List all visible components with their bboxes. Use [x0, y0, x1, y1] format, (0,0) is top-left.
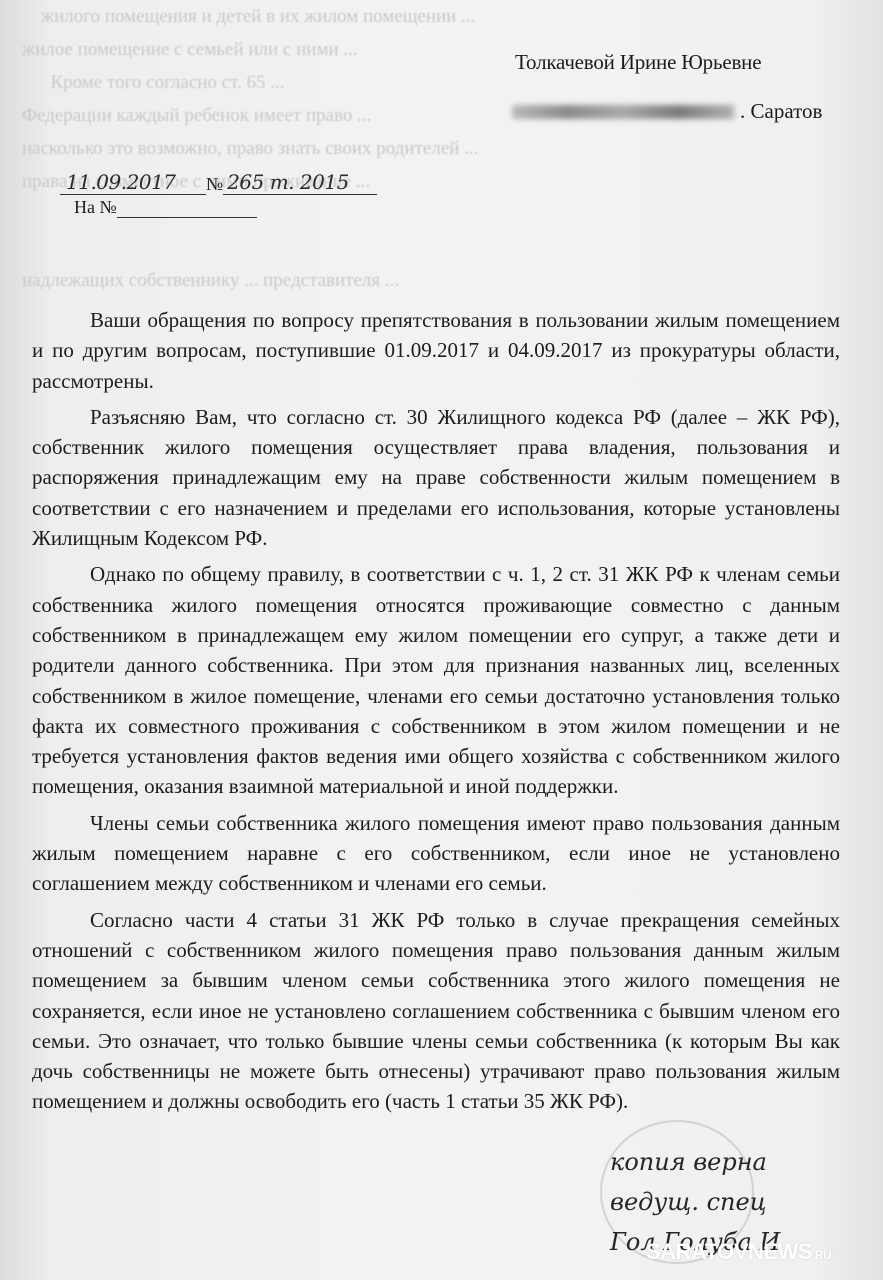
addressee-name: Толкачевой Ирине Юрьевне — [515, 50, 761, 75]
watermark-brand: SARATOVNEWS — [646, 1239, 812, 1264]
outgoing-reference: 11.09.2017 № 265 т. 2015 На № — [60, 170, 377, 218]
reply-to-blank — [117, 197, 257, 218]
handwritten-number: 265 т. 2015 — [223, 170, 377, 195]
reply-to-label: На № — [74, 197, 117, 218]
handwritten-date: 11.09.2017 — [60, 170, 206, 195]
redacted-address — [512, 105, 734, 119]
watermark-suffix: .RU — [812, 1248, 831, 1262]
cert-line-copy-true: копия верна — [610, 1142, 780, 1182]
addressee-address: . Саратов — [512, 99, 822, 124]
letter-body: Ваши обращения по вопросу препятствовани… — [32, 305, 840, 1123]
paragraph-appeals: Ваши обращения по вопросу препятствовани… — [32, 305, 840, 396]
paragraph-family-rights: Члены семьи собственника жилого помещени… — [32, 808, 840, 899]
paragraph-article-31-part-4: Согласно части 4 статьи 31 ЖК РФ только … — [32, 905, 840, 1117]
paragraph-article-31: Однако по общему правилу, в соответствии… — [32, 559, 840, 801]
cert-line-position: ведущ. спец — [610, 1182, 780, 1222]
number-label: № — [206, 174, 223, 195]
addressee-city: . Саратов — [740, 99, 822, 124]
paragraph-article-30: Разъясняю Вам, что согласно ст. 30 Жилищ… — [32, 402, 840, 553]
watermark-logo: SARATOVNEWS.RU — [646, 1239, 831, 1265]
bleed-through-text: жилого помещения и детей в их жилом поме… — [0, 0, 883, 320]
